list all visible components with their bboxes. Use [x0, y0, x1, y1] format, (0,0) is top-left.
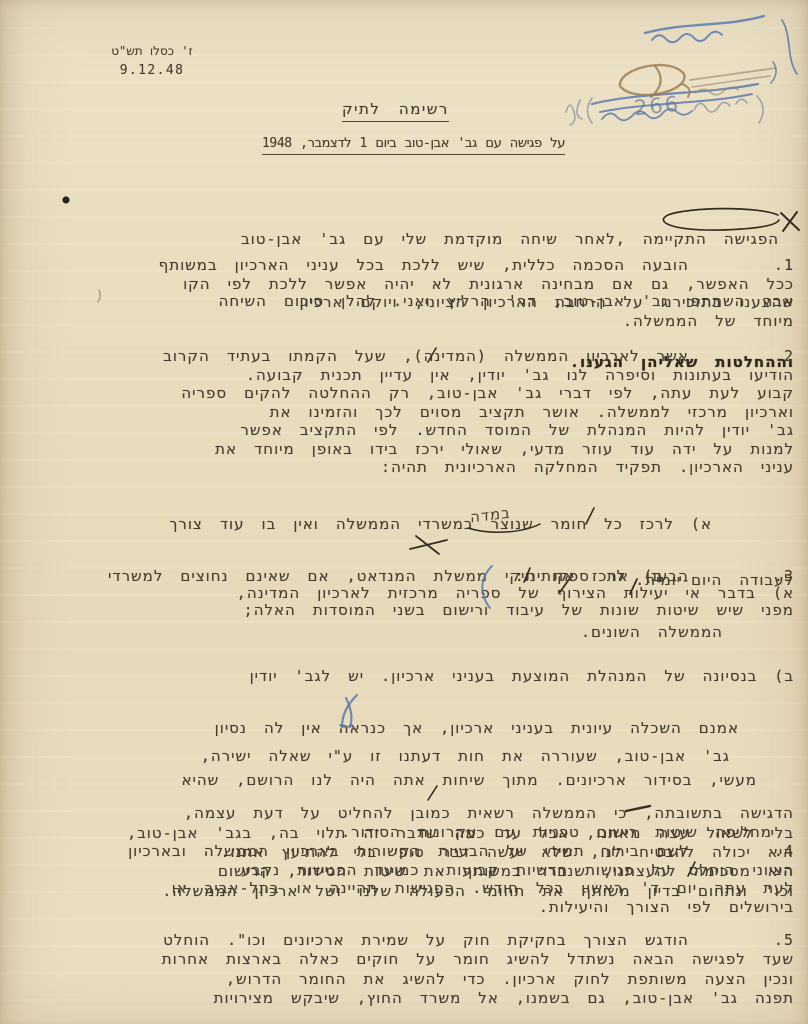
numbered-item-2: 2. אשר לארכיון הממשלה (המדינה), שעל הקמת… [163, 347, 794, 477]
numbered-item-3-heading: 3. הבענו את ספקותינו: [515, 567, 794, 586]
handwritten-archive-number: 266 [633, 92, 681, 121]
pencil-tick [98, 290, 100, 302]
document-page: ז' כסלו תש"ט 9.12.48 רשימה לתיק על פגישה… [0, 0, 808, 1024]
even-tov-first-line: גב' אבן-טוב, שעוררה את חות דעתנו זו ע"י … [127, 747, 730, 766]
date-block: ז' כסלו תש"ט 9.12.48 [104, 44, 200, 78]
numbered-item-1: 1. הובעה הסכמה כללית, שיש ללכת בכל עניני… [159, 256, 794, 330]
document-subtitle: על פגישה עם גב' אבן-טוב ביום 1 לדצמבר, 1… [262, 136, 565, 155]
intro-line: הפגישה התקיימה ,לאחר שיחה מוקדמת שלי עם … [219, 229, 779, 250]
numbered-item-5: 5. הודגש הצורך בחקיקת חוק על שמירת ארכיו… [162, 931, 794, 1008]
item-3-sub-a: א) בדבר אי יעילות הצירוף של ספריה מרכזית… [237, 585, 794, 620]
document-title: רשימה לתיק [342, 100, 449, 122]
hebrew-date: ז' כסלו תש"ט [104, 44, 200, 58]
scribble-cluster [566, 16, 797, 125]
ink-dot [62, 196, 69, 203]
item-3-sub-b-line: ב) בנסיונה של המנהלת המוצעת בעניני ארכיו… [181, 668, 794, 685]
gregorian-date: 9.12.48 [104, 63, 200, 78]
numbered-item-4: 4. לשם בירור תמידי של הבעיות הקשורות באר… [128, 842, 794, 916]
